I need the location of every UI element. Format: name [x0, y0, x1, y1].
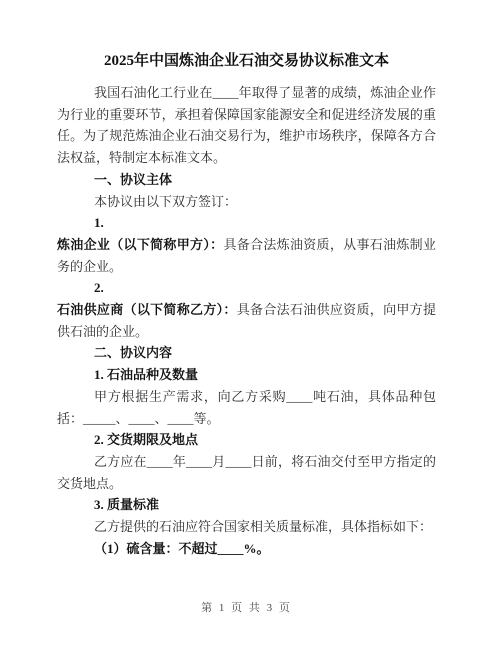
intro-paragraph: 我国石油化工行业在____年取得了显著的成绩，炼油企业作为行业的重要环节，承担着… — [57, 82, 436, 169]
document-page: 2025年中国炼油企业石油交易协议标准文本 我国石油化工行业在____年取得了显… — [0, 0, 500, 647]
item1-heading: 1. 石油品种及数量 — [57, 364, 436, 386]
item3-body: 乙方提供的石油应符合国家相关质量标准，具体指标如下： — [57, 516, 436, 538]
party1-term: 炼油企业（以下简称甲方）： — [57, 237, 223, 252]
item2-heading: 2. 交货期限及地点 — [57, 429, 436, 451]
party2-number: 2. — [57, 277, 436, 299]
item3-heading: 3. 质量标准 — [57, 494, 436, 516]
section1-heading: 一、协议主体 — [57, 169, 436, 191]
item3-spec-sulfur: （1）硫含量：不超过____%。 — [57, 538, 436, 560]
page-number-footer: 第 1 页 共 3 页 — [57, 599, 436, 615]
party1-number: 1. — [57, 212, 436, 234]
section2-heading: 二、协议内容 — [57, 342, 436, 364]
party2-definition: 石油供应商（以下简称乙方）：具备合法石油供应资质，向甲方提供石油的企业。 — [57, 299, 436, 342]
party2-term: 石油供应商（以下简称乙方）： — [57, 302, 237, 317]
section1-lead: 本协议由以下双方签订： — [57, 191, 436, 213]
item2-body: 乙方应在____年____月____日前，将石油交付至甲方指定的交货地点。 — [57, 451, 436, 494]
document-title: 2025年中国炼油企业石油交易协议标准文本 — [57, 48, 436, 74]
party1-definition: 炼油企业（以下简称甲方）：具备合法炼油资质，从事石油炼制业务的企业。 — [57, 234, 436, 277]
item1-body: 甲方根据生产需求，向乙方采购____吨石油，具体品种包括：_____、____、… — [57, 386, 436, 429]
